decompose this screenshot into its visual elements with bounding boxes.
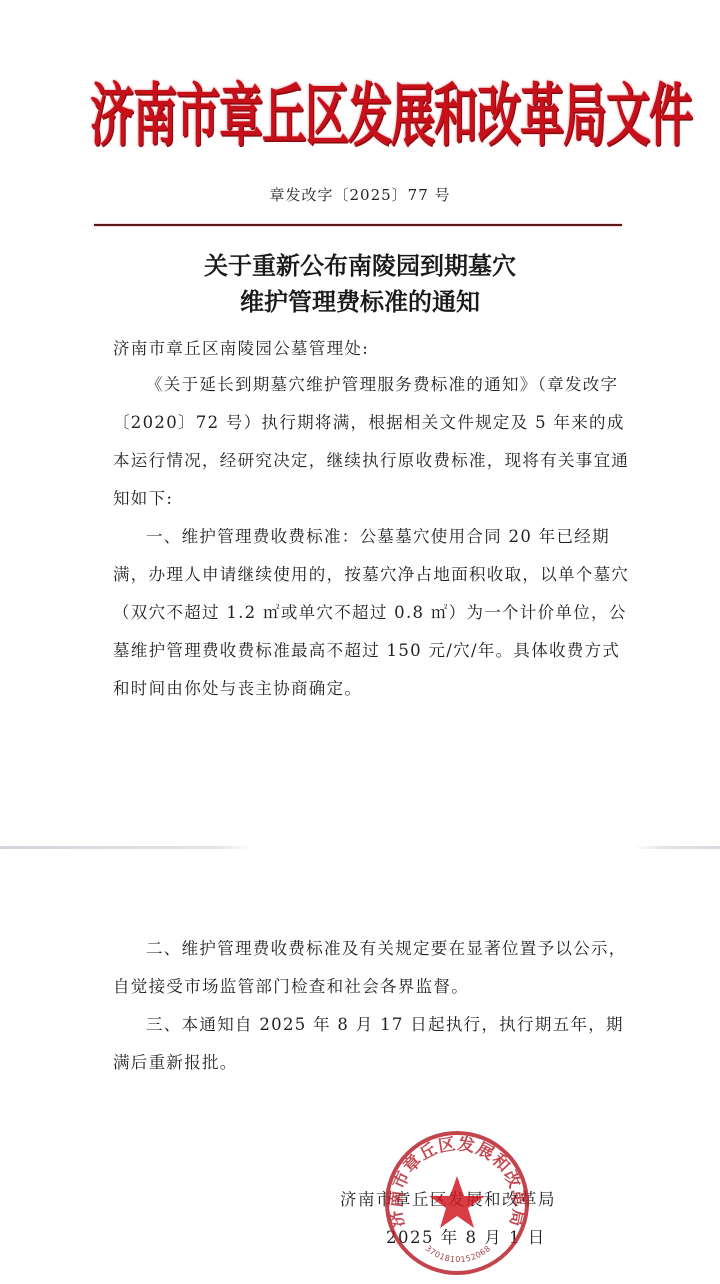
official-seal: 济南市章丘区发展和改革局 3701810152068 [382,1128,532,1278]
svg-text:3701810152068: 3701810152068 [424,1244,493,1264]
star-icon [429,1176,485,1228]
addressee: 济南市章丘区南陵园公墓管理处: [113,330,633,368]
notice-title: 关于重新公布南陵园到期墓穴 维护管理费标准的通知 [0,248,720,320]
header-divider [94,224,622,226]
document-number: 章发改字〔2025〕77 号 [0,184,720,205]
paragraph-publicity: 二、维护管理费收费标准及有关规定要在显著位置予以公示，自觉接受市场监管部门检查和… [113,930,633,1006]
page-fold-line [0,846,720,849]
paragraph-effective-date: 三、本通知自 2025 年 8 月 17 日起执行，执行期五年，期满后重新报批。 [113,1006,633,1082]
seal-serial-number: 3701810152068 [424,1244,493,1264]
issuing-authority-header: 济南市章丘区发展和改革局文件 [90,60,630,159]
paragraph-fee-standard: 一、维护管理费收费标准：公墓墓穴使用合同 20 年已经期满，办理人申请继续使用的… [113,518,633,708]
paragraph-intro: 《关于延长到期墓穴维护管理服务费标准的通知》（章发改字〔2020〕72 号）执行… [113,366,633,518]
notice-title-line1: 关于重新公布南陵园到期墓穴 [0,248,720,284]
notice-title-line2: 维护管理费标准的通知 [0,284,720,320]
document-page: 济南市章丘区发展和改革局文件 章发改字〔2025〕77 号 关于重新公布南陵园到… [0,0,720,1284]
